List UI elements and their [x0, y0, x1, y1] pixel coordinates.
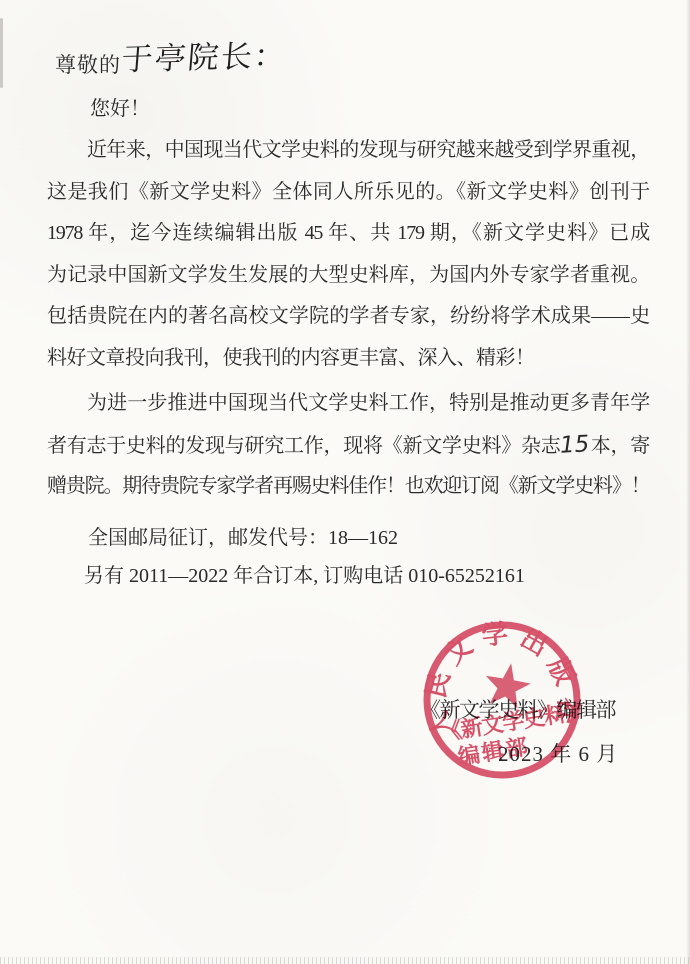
- scan-edge-bottom-fringe: [0, 957, 690, 964]
- official-seal-stamp: 人民文学出版社 《新文学史料》 编辑部: [415, 613, 589, 787]
- greeting-line: 您好！: [90, 92, 150, 121]
- scan-edge-right: [686, 0, 690, 964]
- body-line: 赠贵院。期待贵院专家学者再赐史料佳作！也欢迎订阅《新文学史料》！: [47, 466, 649, 508]
- stamp-star-icon: [481, 659, 533, 710]
- scan-edge-mark: [0, 18, 3, 88]
- body-line: 这是我们《新文学史料》全体同人所乐见的。《新文学史料》创刊于: [47, 172, 649, 214]
- body-line-segment: 者有志于史料的发现与研究工作，现将《新文学史料》杂志: [47, 435, 560, 457]
- body-line: 为进一步推进中国现当代文学史料工作，特别是推动更多青年学: [47, 383, 649, 425]
- bound-volume-order-line: 另有 2011—2022 年合订本, 订购电话 010-65252161: [84, 559, 525, 588]
- body-line: 包括贵院在内的著名高校文学院的学者专家，纷纷将学术成果——史: [47, 296, 649, 338]
- body-line: 料好文章投向我刊，使我刊的内容更丰富、深入、精彩！: [47, 338, 649, 380]
- scanned-letter-page: 尊敬的 于亭院长： 您好！ 近年来，中国现当代文学史料的发现与研究越来越受到学界…: [0, 0, 690, 964]
- body-line: 为记录中国新文学发生发展的大型史料库，为国内外专家学者重视。: [47, 255, 649, 297]
- body-line-with-handwritten-count: 者有志于史料的发现与研究工作，现将《新文学史料》杂志15本，寄: [47, 425, 649, 467]
- salutation-prefix: 尊敬的: [55, 49, 121, 79]
- body-line: 1978 年，迄今连续编辑出版 45 年、共 179 期，《新文学史料》已成: [47, 213, 649, 255]
- handwritten-copy-count: 15: [559, 424, 590, 467]
- salutation-handwritten-name: 于亭院长：: [120, 30, 289, 79]
- body-line-segment: 本，寄: [590, 435, 649, 457]
- body-line: 近年来，中国现当代文学史料的发现与研究越来越受到学界重视，: [47, 130, 649, 172]
- postal-subscription-line: 全国邮局征订，邮发代号：18—162: [88, 521, 398, 550]
- paragraph-2: 为进一步推进中国现当代文学史料工作，特别是推动更多青年学 者有志于史料的发现与研…: [47, 383, 649, 508]
- paragraph-1: 近年来，中国现当代文学史料的发现与研究越来越受到学界重视， 这是我们《新文学史料…: [47, 130, 649, 380]
